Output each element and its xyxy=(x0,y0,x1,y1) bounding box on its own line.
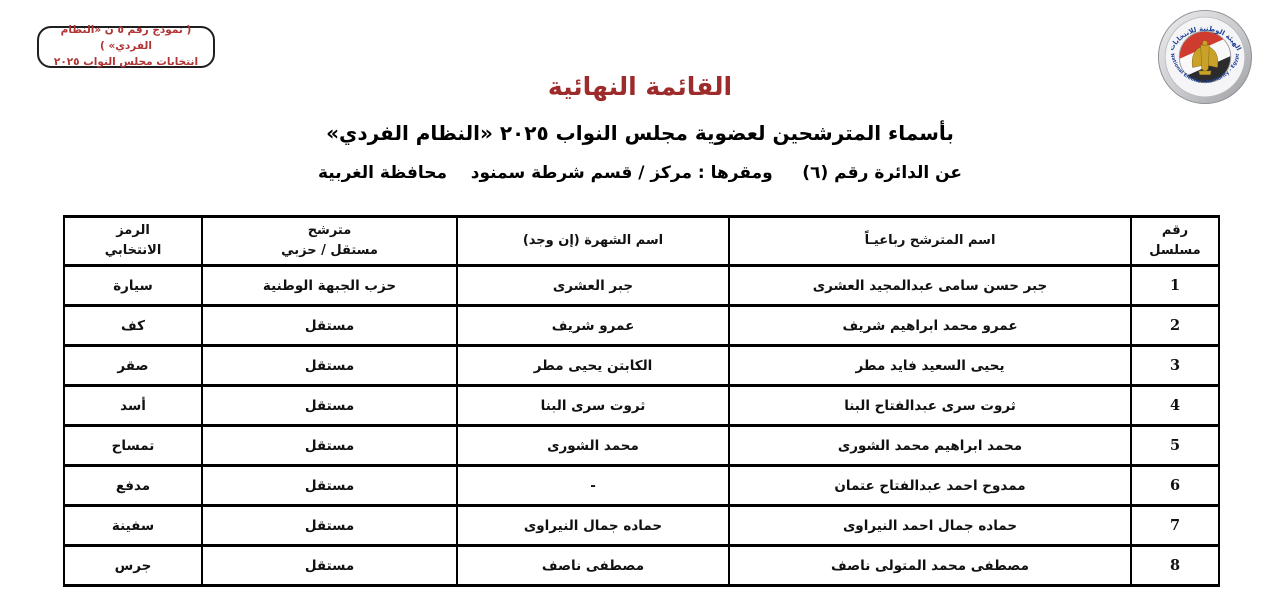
election-year-line: انتخابات مجلس النواب ٢٠٢٥ xyxy=(39,55,213,71)
header-electoral-symbol: الرمز الانتخابي xyxy=(64,217,202,266)
page-title: القائمة النهائية xyxy=(0,72,1280,101)
form-number-line: ( نموذج رقم ٥ ن «النظام الفردي» ) xyxy=(39,23,213,55)
cell-electoral-symbol: أسد xyxy=(64,386,202,426)
cell-candidate-name: محمد ابراهيم محمد الشورى xyxy=(729,426,1131,466)
candidates-table: رقم مسلسل اسم المترشح رباعيـاً اسم الشهر… xyxy=(63,215,1220,587)
header-serial-number: رقم مسلسل xyxy=(1131,217,1219,266)
table-row: 8 مصطفى محمد المتولى ناصف مصطفى ناصف مست… xyxy=(64,546,1219,586)
cell-candidate-name: مصطفى محمد المتولى ناصف xyxy=(729,546,1131,586)
header-symbol-line2: الانتخابي xyxy=(69,241,197,261)
table-row: 4 ثروت سرى عبدالفتاح البنا ثروت سرى البن… xyxy=(64,386,1219,426)
cell-candidate-name: عمرو محمد ابراهيم شريف xyxy=(729,306,1131,346)
document-page: { "header": { "form_box": { "line1": "( … xyxy=(0,0,1280,616)
cell-known-as-name: مصطفى ناصف xyxy=(457,546,729,586)
cell-serial-number: 3 xyxy=(1131,346,1219,386)
cell-party-affiliation: مستقل xyxy=(202,466,457,506)
cell-electoral-symbol: كف xyxy=(64,306,202,346)
table-header: رقم مسلسل اسم المترشح رباعيـاً اسم الشهر… xyxy=(64,217,1219,266)
header-serial-line2: مسلسل xyxy=(1136,241,1214,261)
form-number-box: ( نموذج رقم ٥ ن «النظام الفردي» ) انتخاب… xyxy=(37,26,215,68)
cell-electoral-symbol: تمساح xyxy=(64,426,202,466)
header-candidate-name: اسم المترشح رباعيـاً xyxy=(729,217,1131,266)
cell-party-affiliation: مستقل xyxy=(202,386,457,426)
cell-serial-number: 6 xyxy=(1131,466,1219,506)
cell-party-affiliation: مستقل xyxy=(202,306,457,346)
page-subtitle: بأسماء المترشحين لعضوية مجلس النواب ٢٠٢٥… xyxy=(0,121,1280,145)
header-party-affiliation: مترشح مستقل / حزبي xyxy=(202,217,457,266)
cell-party-affiliation: مستقل xyxy=(202,346,457,386)
table-row: 7 حماده جمال احمد النيراوى حماده جمال ال… xyxy=(64,506,1219,546)
cell-serial-number: 4 xyxy=(1131,386,1219,426)
cell-electoral-symbol: مدفع xyxy=(64,466,202,506)
table-row: 1 جبر حسن سامى عبدالمجيد العشرى جبر العش… xyxy=(64,266,1219,306)
cell-known-as-name: ثروت سرى البنا xyxy=(457,386,729,426)
cell-electoral-symbol: سفينة xyxy=(64,506,202,546)
cell-electoral-symbol: جرس xyxy=(64,546,202,586)
header-party-line2: مستقل / حزبي xyxy=(207,241,452,261)
table-row: 5 محمد ابراهيم محمد الشورى محمد الشورى م… xyxy=(64,426,1219,466)
cell-electoral-symbol: صقر xyxy=(64,346,202,386)
cell-serial-number: 1 xyxy=(1131,266,1219,306)
cell-serial-number: 7 xyxy=(1131,506,1219,546)
header-known-as-name: اسم الشهرة (إن وجد) xyxy=(457,217,729,266)
cell-candidate-name: جبر حسن سامى عبدالمجيد العشرى xyxy=(729,266,1131,306)
table-row: 6 ممدوح احمد عبدالفتاح عتمان - مستقل مدف… xyxy=(64,466,1219,506)
header-serial-line1: رقم xyxy=(1136,221,1214,241)
cell-known-as-name: الكابتن يحيى مطر xyxy=(457,346,729,386)
cell-party-affiliation: مستقل xyxy=(202,546,457,586)
table-row: 3 يحيى السعيد فايد مطر الكابتن يحيى مطر … xyxy=(64,346,1219,386)
cell-serial-number: 8 xyxy=(1131,546,1219,586)
cell-known-as-name: جبر العشرى xyxy=(457,266,729,306)
cell-known-as-name: محمد الشورى xyxy=(457,426,729,466)
cell-known-as-name: حماده جمال النيراوى xyxy=(457,506,729,546)
cell-serial-number: 5 xyxy=(1131,426,1219,466)
cell-serial-number: 2 xyxy=(1131,306,1219,346)
cell-known-as-name: عمرو شريف xyxy=(457,306,729,346)
cell-electoral-symbol: سيارة xyxy=(64,266,202,306)
cell-party-affiliation: مستقل xyxy=(202,426,457,466)
header-symbol-line1: الرمز xyxy=(69,221,197,241)
candidates-body: 1 جبر حسن سامى عبدالمجيد العشرى جبر العش… xyxy=(64,266,1219,586)
cell-candidate-name: ثروت سرى عبدالفتاح البنا xyxy=(729,386,1131,426)
cell-party-affiliation: مستقل xyxy=(202,506,457,546)
header-party-line1: مترشح xyxy=(207,221,452,241)
table-row: 2 عمرو محمد ابراهيم شريف عمرو شريف مستقل… xyxy=(64,306,1219,346)
cell-known-as-name: - xyxy=(457,466,729,506)
cell-candidate-name: ممدوح احمد عبدالفتاح عتمان xyxy=(729,466,1131,506)
cell-candidate-name: يحيى السعيد فايد مطر xyxy=(729,346,1131,386)
cell-candidate-name: حماده جمال احمد النيراوى xyxy=(729,506,1131,546)
district-line: عن الدائرة رقم (٦) ومقرها : مركز / قسم ش… xyxy=(0,163,1280,183)
cell-party-affiliation: حزب الجبهة الوطنية xyxy=(202,266,457,306)
